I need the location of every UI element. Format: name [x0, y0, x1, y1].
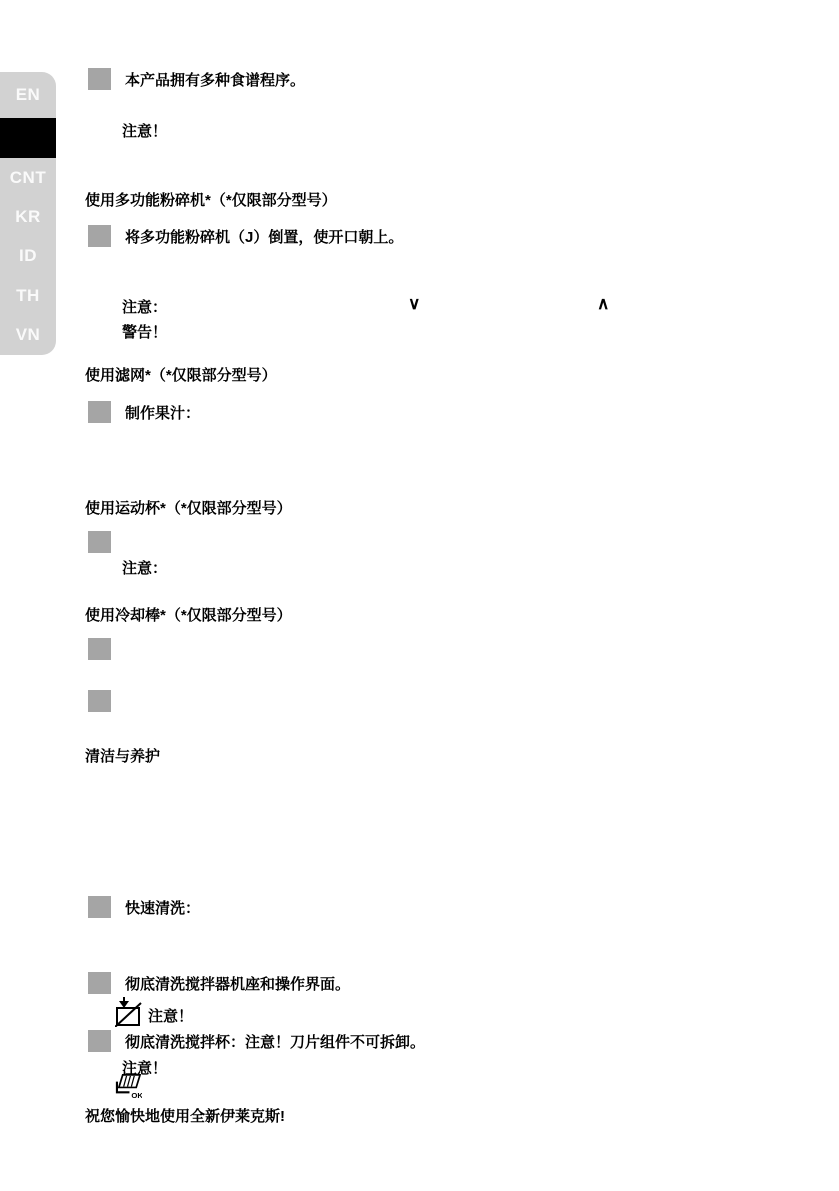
language-sidebar: EN CNT KR ID TH VN	[0, 72, 56, 355]
tab-kr[interactable]: KR	[0, 197, 56, 236]
tab-cn-selected[interactable]	[0, 118, 56, 158]
step-text: 彻底清洗搅拌器机座和操作界面。	[125, 973, 350, 994]
step-marker	[88, 531, 111, 553]
step-row-quick-clean: 快速清洗：	[88, 896, 200, 918]
tab-vn[interactable]: VN	[0, 316, 56, 355]
note-caution-4: 注意！	[148, 1005, 193, 1026]
step-marker	[88, 68, 111, 90]
step-row-juice: 制作果汁：	[88, 401, 200, 423]
dishwasher-ok-label: OK	[131, 1091, 142, 1099]
heading-cleaning-care: 清洁与养护	[85, 745, 160, 766]
step-row-cooling-1	[88, 638, 111, 660]
tab-en[interactable]: EN	[0, 72, 56, 118]
step-row-cooling-2	[88, 690, 111, 712]
tab-th[interactable]: TH	[0, 276, 56, 315]
do-not-immerse-icon	[115, 996, 142, 1032]
step-text: 彻底清洗搅拌杯：注意！刀片组件不可拆卸。	[125, 1031, 425, 1052]
step-row-sport-bottle	[88, 531, 111, 553]
heading-sport-bottle: 使用运动杯*（*仅限部分型号）	[85, 497, 292, 518]
step-text: 本产品拥有多种食谱程序。	[125, 69, 305, 90]
dishwasher-safe-icon: OK	[115, 1073, 142, 1104]
step-marker	[88, 638, 111, 660]
step-text: 制作果汁：	[125, 402, 200, 423]
step-row-clean-base: 彻底清洗搅拌器机座和操作界面。	[88, 972, 350, 994]
step-text: 快速清洗：	[125, 897, 200, 918]
note-caution-1: 注意！	[122, 120, 167, 141]
tab-cnt[interactable]: CNT	[0, 158, 56, 197]
heading-multi-chopper: 使用多功能粉碎机*（*仅限部分型号）	[85, 189, 337, 210]
step-marker	[88, 1030, 111, 1052]
heading-cooling-rod: 使用冷却棒*（*仅限部分型号）	[85, 604, 292, 625]
step-text: 将多功能粉碎机（J）倒置，使开口朝上。	[125, 226, 403, 247]
step-marker	[88, 401, 111, 423]
note-warning-1: 警告！	[122, 321, 167, 342]
chevron-up-icon: ∧	[597, 294, 609, 314]
step-row-chopper: 将多功能粉碎机（J）倒置，使开口朝上。	[88, 225, 403, 247]
tab-id[interactable]: ID	[0, 237, 56, 276]
chevron-down-icon: ∨	[408, 294, 420, 314]
step-marker	[88, 896, 111, 918]
manual-page: EN CNT KR ID TH VN 本产品拥有多种食谱程序。 注意！ 使用多功…	[0, 0, 839, 1191]
step-marker	[88, 972, 111, 994]
heading-filter: 使用滤网*（*仅限部分型号）	[85, 364, 277, 385]
step-row-clean-jar: 彻底清洗搅拌杯：注意！刀片组件不可拆卸。	[88, 1030, 425, 1052]
closing-line: 祝您愉快地使用全新伊莱克斯!	[85, 1105, 285, 1126]
step-marker	[88, 690, 111, 712]
step-marker	[88, 225, 111, 247]
note-caution-2: 注意：	[122, 296, 167, 317]
step-row-recipes: 本产品拥有多种食谱程序。	[88, 68, 305, 90]
note-caution-3: 注意：	[122, 557, 167, 578]
